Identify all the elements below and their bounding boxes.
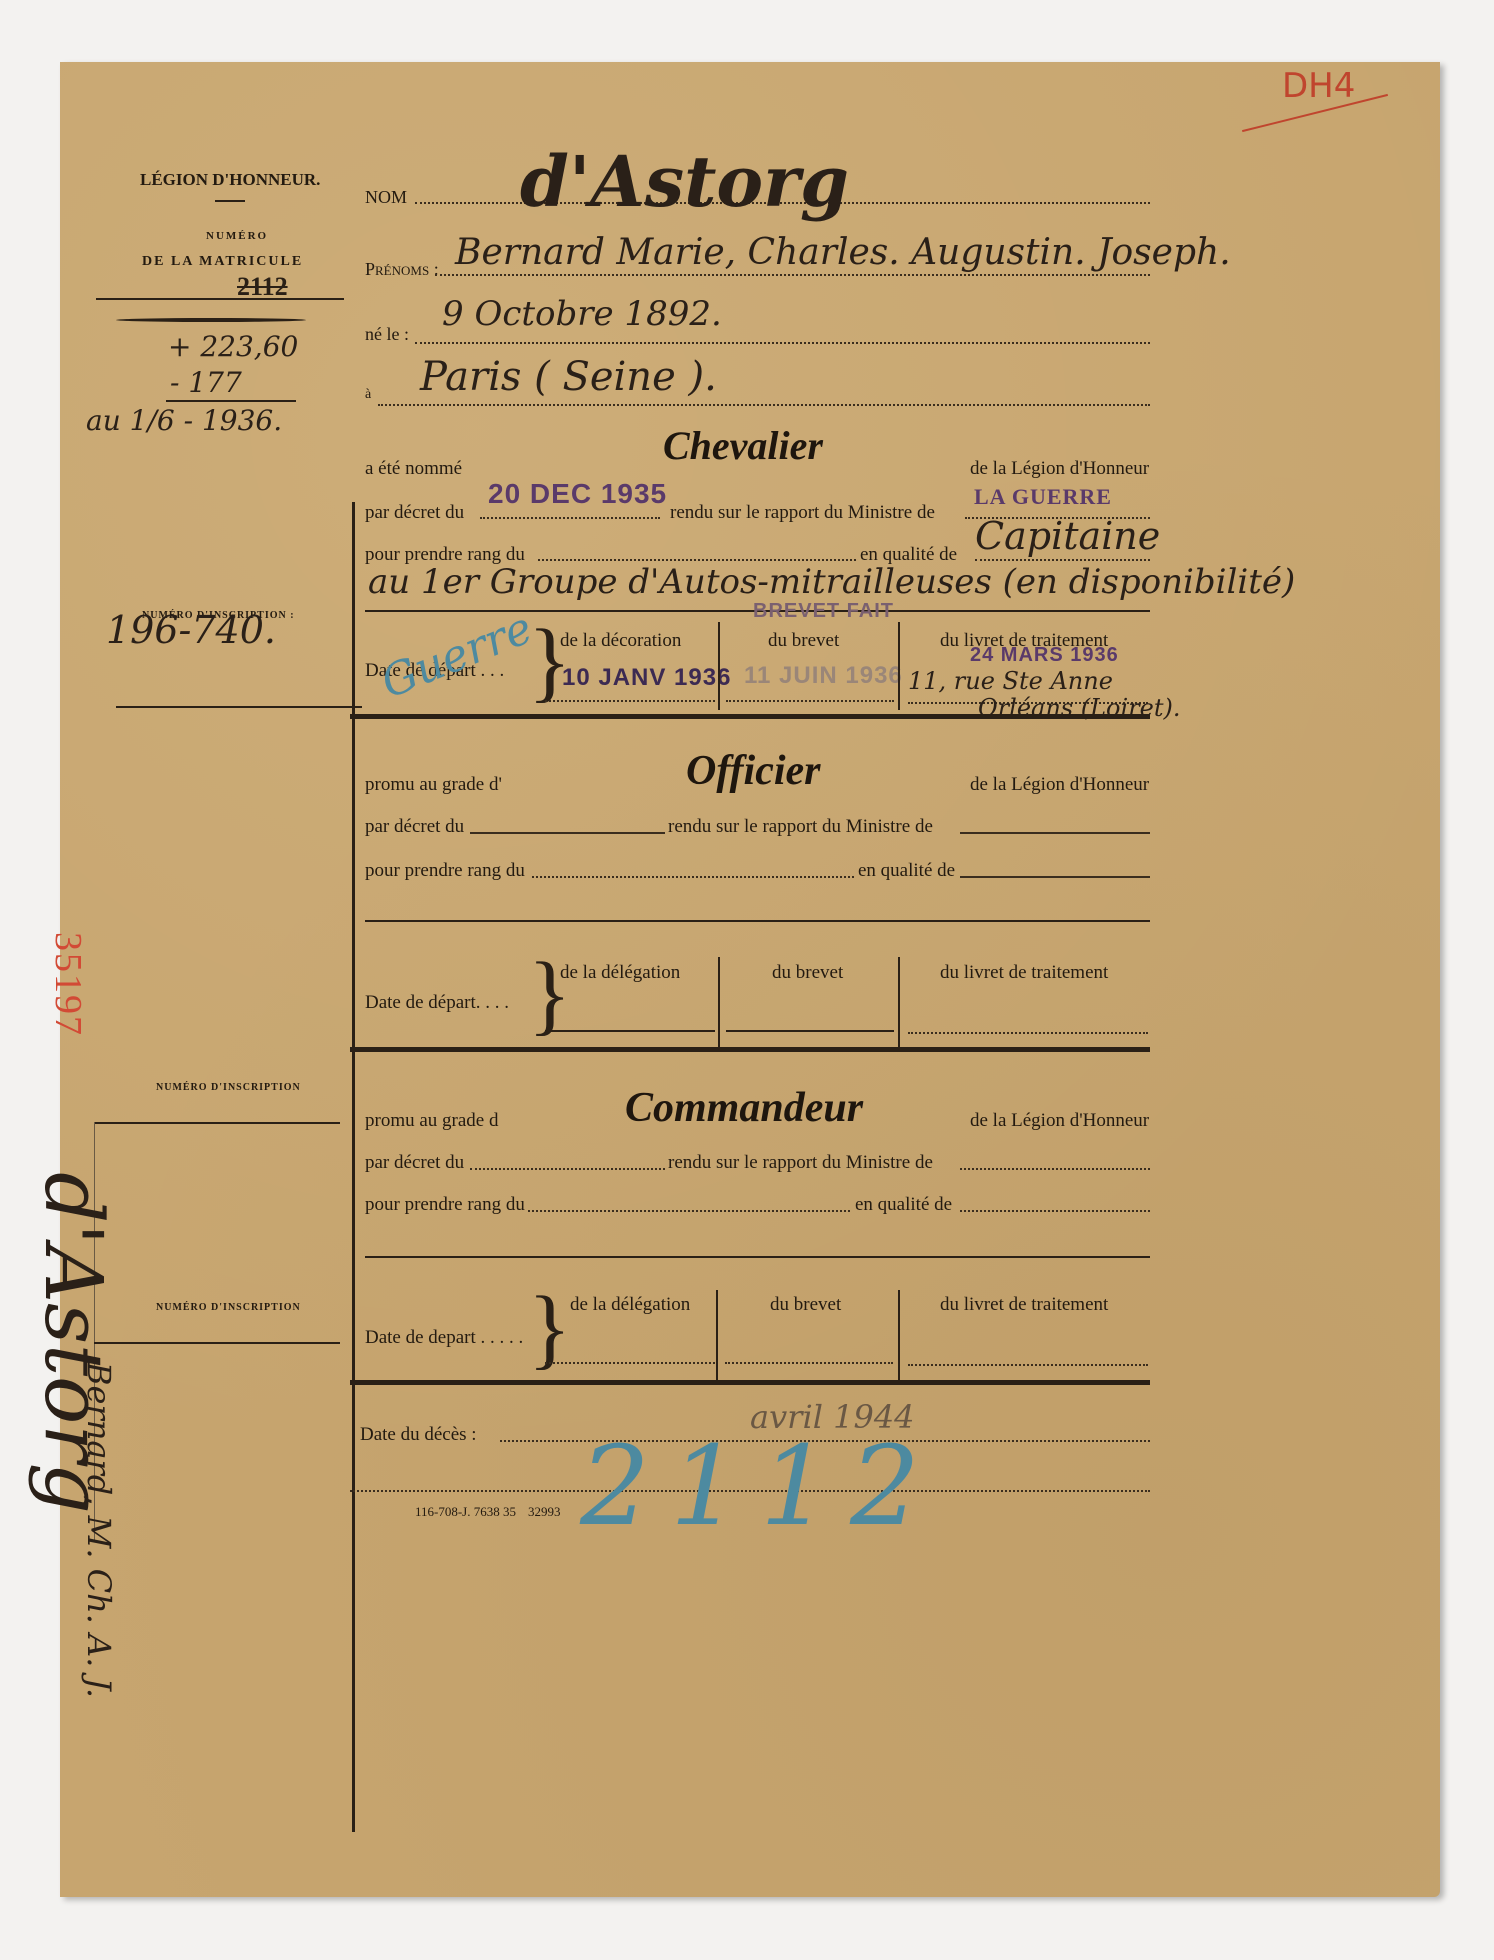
matricule-rule xyxy=(96,298,344,300)
inscription-label-2: NUMÉRO D'INSCRIPTION xyxy=(156,1082,301,1093)
commandeur-col1-label: de la délégation xyxy=(570,1294,690,1316)
chevalier-col-divider-1 xyxy=(718,622,720,710)
officier-rapport-label: rendu sur le rapport du Ministre de xyxy=(668,816,933,838)
commandeur-decret-label: par décret du xyxy=(365,1152,464,1174)
officier-blank-rule xyxy=(365,920,1150,922)
officier-ministre-rule xyxy=(960,832,1150,834)
officier-rang-label: pour prendre rang du xyxy=(365,860,525,882)
chevalier-ministre-stamp: LA GUERRE xyxy=(974,484,1112,510)
commandeur-col3-label: du livret de traitement xyxy=(940,1294,1108,1316)
chevalier-qualite-rule xyxy=(975,559,1150,561)
chevalier-address-1: 11, rue Ste Anne xyxy=(908,667,1113,695)
commandeur-col2-rule xyxy=(725,1362,893,1364)
corner-mark: DH4 xyxy=(1282,66,1355,106)
a-label: à xyxy=(365,387,371,403)
chevalier-col3-stamp: 24 MARS 1936 xyxy=(970,644,1119,667)
officier-section-rule xyxy=(350,1047,1150,1052)
chevalier-intro: a été nommé xyxy=(365,458,462,480)
prenoms-value: Bernard Marie, Charles. Augustin. Joseph… xyxy=(455,232,1231,273)
legion-header: LÉGION D'HONNEUR. xyxy=(140,170,320,190)
commandeur-col1-rule xyxy=(545,1362,715,1364)
a-rule xyxy=(378,404,1150,406)
red-stamp-number: 35197 xyxy=(46,932,90,1037)
officier-decret-label: par décret du xyxy=(365,816,464,838)
officier-rang-rule xyxy=(532,876,854,878)
officier-col3-rule xyxy=(908,1032,1148,1034)
calc-underline xyxy=(166,400,296,402)
chevalier-decret-rule xyxy=(480,517,660,519)
deces-label: Date du décès : xyxy=(360,1424,477,1446)
commandeur-col-divider-2 xyxy=(898,1290,900,1382)
commandeur-depart-label: Date de depart . . . . . xyxy=(365,1327,523,1349)
commandeur-qualite-label: en qualité de xyxy=(855,1194,952,1216)
inscription-rule-3 xyxy=(94,1342,340,1344)
officier-col-divider-1 xyxy=(718,957,720,1049)
chevalier-col1-rule xyxy=(545,700,715,702)
print-code-2: 32993 xyxy=(528,1504,561,1520)
chevalier-section-rule xyxy=(350,714,1150,719)
numero-label: NUMÉRO xyxy=(206,230,268,242)
chevalier-col2-label: du brevet xyxy=(768,630,839,652)
inscription-label-3: NUMÉRO D'INSCRIPTION xyxy=(156,1302,301,1313)
commandeur-col2-label: du brevet xyxy=(770,1294,841,1316)
chevalier-col1-stamp: 10 JANV 1936 xyxy=(562,664,731,692)
matricule-label: DE LA MATRICULE xyxy=(142,254,303,270)
chevalier-rang-rule xyxy=(538,559,856,561)
commandeur-suffix: de la Légion d'Honneur xyxy=(970,1110,1149,1132)
commandeur-blank-rule xyxy=(365,1256,1150,1258)
officier-col2-rule xyxy=(726,1030,894,1032)
officier-col3-label: du livret de traitement xyxy=(940,962,1108,984)
inscription-value-1: 196-740. xyxy=(106,608,276,652)
chevalier-qualite-value: Capitaine xyxy=(975,514,1160,558)
officier-intro: promu au grade d' xyxy=(365,774,502,796)
nom-label: NOM xyxy=(365,187,407,208)
print-code: 116-708-J. 7638 35 xyxy=(415,1504,516,1520)
header-divider xyxy=(215,200,245,202)
commandeur-qualite-rule xyxy=(960,1210,1150,1212)
chevalier-decret-label: par décret du xyxy=(365,502,464,524)
commandeur-col3-rule xyxy=(908,1364,1148,1366)
inscription-rule-1 xyxy=(116,706,362,708)
prenoms-rule xyxy=(435,274,1150,276)
commandeur-ministre-rule xyxy=(960,1168,1150,1170)
brevet-fait-stamp: BREVET FAIT xyxy=(753,600,894,623)
blue-number: 2112 xyxy=(580,1422,940,1550)
chevalier-depart-annotation: Guerre xyxy=(374,602,539,708)
officier-title: Officier xyxy=(686,747,821,795)
inscription-rule-2 xyxy=(94,1122,340,1124)
chevalier-title: Chevalier xyxy=(663,422,823,469)
ne-le-rule xyxy=(415,342,1150,344)
officier-decret-rule xyxy=(470,832,665,834)
chevalier-suffix: de la Légion d'Honneur xyxy=(970,458,1149,480)
column-divider xyxy=(352,502,355,1832)
chevalier-col2-stamp: 11 JUIN 1936 xyxy=(744,662,903,690)
document-sheet: DH4 LÉGION D'HONNEUR. NUMÉRO DE LA MATRI… xyxy=(60,62,1440,1897)
officier-col1-label: de la délégation xyxy=(560,962,680,984)
calc-line-1: + 223,60 xyxy=(168,330,298,363)
commandeur-rang-rule xyxy=(528,1210,850,1212)
officier-col1-rule xyxy=(545,1030,715,1032)
chevalier-col1-label: de la décoration xyxy=(560,630,681,652)
officier-qualite-label: en qualité de xyxy=(858,860,955,882)
officier-col-divider-2 xyxy=(898,957,900,1049)
ne-le-value: 9 Octobre 1892. xyxy=(442,294,722,334)
chevalier-col-divider-2 xyxy=(898,622,900,710)
commandeur-brace: } xyxy=(528,1284,571,1374)
officier-suffix: de la Légion d'Honneur xyxy=(970,774,1149,796)
chevalier-rapport-label: rendu sur le rapport du Ministre de xyxy=(670,502,935,524)
commandeur-title: Commandeur xyxy=(625,1084,863,1132)
commandeur-rapport-label: rendu sur le rapport du Ministre de xyxy=(668,1152,933,1174)
commandeur-rang-label: pour prendre rang du xyxy=(365,1194,525,1216)
commandeur-decret-rule xyxy=(470,1168,665,1170)
officier-qualite-rule xyxy=(960,876,1150,878)
officier-col2-label: du brevet xyxy=(772,962,843,984)
chevalier-decret-stamp: 20 DEC 1935 xyxy=(488,478,667,510)
ne-le-label: né le : xyxy=(365,324,409,345)
ornamental-rule xyxy=(116,318,306,322)
calc-line-2: - 177 xyxy=(170,366,242,399)
officier-depart-label: Date de départ. . . . xyxy=(365,992,509,1014)
prenoms-label: Prénoms : xyxy=(365,259,439,280)
vertical-initials: Bernard, M. Ch. A. J. xyxy=(80,1362,118,1698)
calc-date: au 1/6 - 1936. xyxy=(86,404,282,437)
chevalier-col2-rule xyxy=(726,700,894,702)
commandeur-intro: promu au grade d xyxy=(365,1110,498,1132)
nom-value: d'Astorg xyxy=(520,140,849,223)
chevalier-unit-value: au 1er Groupe d'Autos-mitrailleuses (en … xyxy=(368,562,1295,602)
commandeur-section-rule xyxy=(350,1380,1150,1385)
commandeur-col-divider-1 xyxy=(716,1290,718,1382)
a-value: Paris ( Seine ). xyxy=(420,354,717,400)
